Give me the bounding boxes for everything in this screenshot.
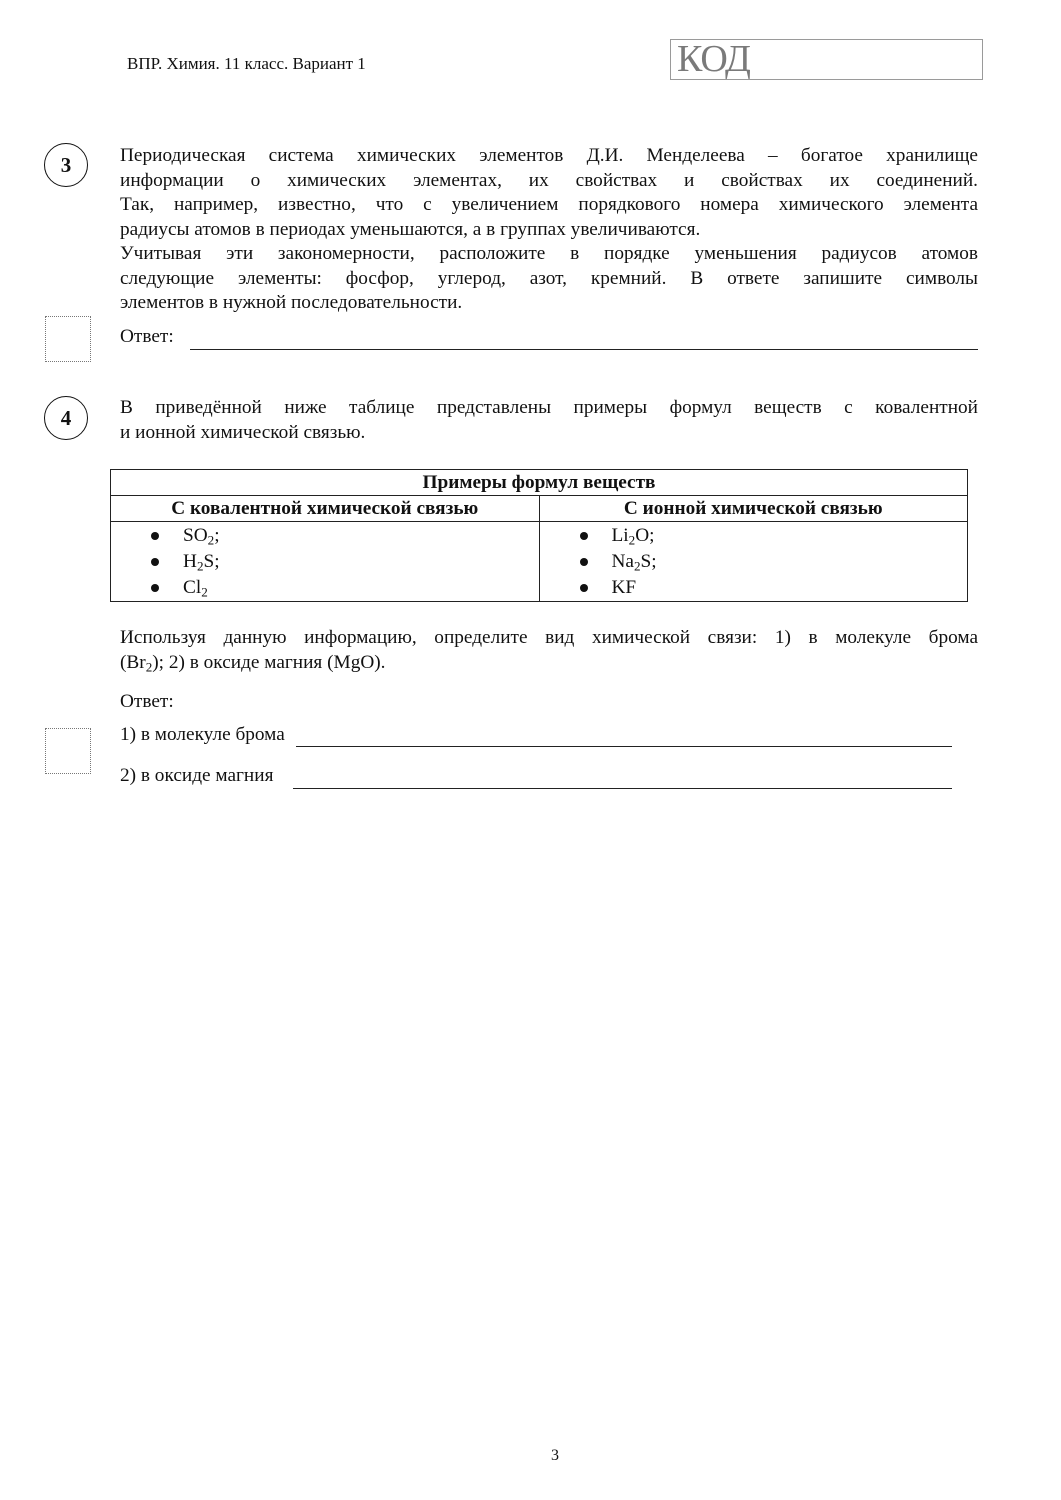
list-item: SO2; [111, 523, 539, 549]
task-4-question-line: Используя данную информацию, определите … [120, 626, 978, 651]
formula-tail: ; [214, 525, 219, 546]
answer-2-field[interactable] [293, 788, 952, 789]
task-3-number: 3 [44, 143, 88, 187]
formula-base: Na [612, 551, 634, 572]
code-label: КОД [677, 37, 750, 81]
list-item: Na2S; [540, 549, 968, 575]
task-3-score-box[interactable] [45, 316, 91, 362]
task-4-intro: В приведённой ниже таблице представлены … [120, 396, 978, 445]
task-3-number-text: 3 [61, 153, 72, 178]
code-field[interactable]: КОД [670, 39, 983, 80]
question-text: ); 2) в оксиде магния (MgO). [152, 652, 385, 673]
list-item: Li2O; [540, 523, 968, 549]
list-item: KF [540, 575, 968, 601]
bullet-icon [580, 532, 588, 540]
formula-tail: S; [204, 551, 220, 572]
task-3-line: Периодическая система химических элемент… [120, 144, 978, 169]
formula-subscript: 2 [201, 584, 208, 599]
task-4-intro-line: В приведённой ниже таблице представлены … [120, 396, 978, 421]
bullet-icon [151, 584, 159, 592]
bullet-icon [580, 558, 588, 566]
task-4-score-box[interactable] [45, 728, 91, 774]
answer-1-label: 1) в молекуле брома [120, 724, 285, 746]
task-3-line: радиусы атомов в периодах уменьшаются, а… [120, 218, 978, 243]
task-4-question-line: (Br2); 2) в оксиде магния (MgO). [120, 651, 978, 676]
task-3-line: информации о химических элементах, их св… [120, 169, 978, 194]
formula-base: Li [612, 525, 629, 546]
answer-2-label: 2) в оксиде магния [120, 765, 273, 787]
covalent-cell: SO2; H2S; Cl2 [111, 522, 540, 602]
list-item: Cl2 [111, 575, 539, 601]
task-3-answer-field[interactable] [190, 349, 978, 350]
page-number: 3 [0, 1447, 1061, 1465]
question-text: (Br [120, 652, 146, 673]
bullet-icon [151, 558, 159, 566]
column-header-ionic: С ионной химической связью [539, 496, 968, 522]
task-3-line: Учитывая эти закономерности, расположите… [120, 242, 978, 267]
task-4-answer-label: Ответ: [120, 691, 174, 713]
bullet-icon [151, 532, 159, 540]
formula-base: H [183, 551, 197, 572]
bullet-icon [580, 584, 588, 592]
list-item: H2S; [111, 549, 539, 575]
formula-tail: S; [641, 551, 657, 572]
ionic-cell: Li2O; Na2S; KF [539, 522, 968, 602]
task-3-line: элементов в нужной последовательности. [120, 291, 978, 316]
task-4-question: Используя данную информацию, определите … [120, 626, 978, 675]
task-4-number-text: 4 [61, 406, 72, 431]
table-title: Примеры формул веществ [111, 470, 968, 496]
task-3-text: Периодическая система химических элемент… [120, 144, 978, 316]
ionic-list: Li2O; Na2S; KF [540, 522, 968, 601]
task-3-line: следующие элементы: фосфор, углерод, азо… [120, 267, 978, 292]
formulas-table: Примеры формул веществ С ковалентной хим… [110, 469, 968, 602]
task-4-intro-line: и ионной химической связью. [120, 421, 978, 446]
answer-1-field[interactable] [296, 746, 952, 747]
formula-base: KF [612, 577, 637, 598]
column-header-covalent: С ковалентной химической связью [111, 496, 540, 522]
formula-base: SO [183, 525, 208, 546]
header-title: ВПР. Химия. 11 класс. Вариант 1 [127, 54, 366, 74]
task-3-answer-label: Ответ: [120, 326, 174, 348]
covalent-list: SO2; H2S; Cl2 [111, 522, 539, 601]
task-4-number: 4 [44, 396, 88, 440]
formula-tail: O; [635, 525, 654, 546]
formula-base: Cl [183, 577, 201, 598]
task-3-line: Так, например, известно, что с увеличени… [120, 193, 978, 218]
